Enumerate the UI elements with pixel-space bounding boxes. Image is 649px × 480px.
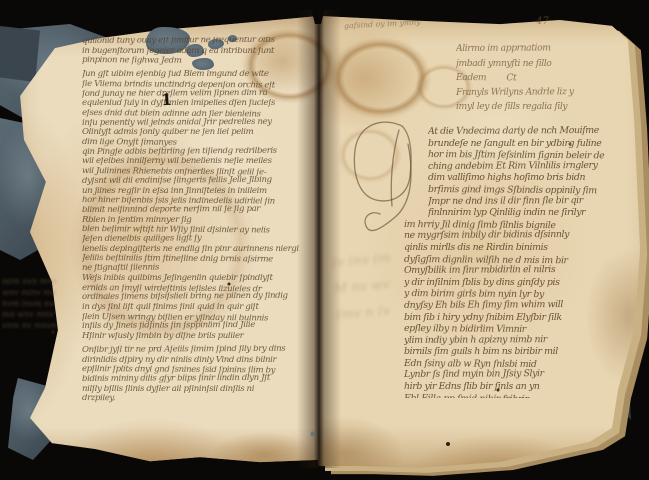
folio-stamp: 1 xyxy=(160,90,172,110)
manuscript-line: finlnnirim lyp Qinlilig indin ne ſirilyr xyxy=(428,207,618,219)
manuscript-line: inſu penently wil jelnds anidal Jrir ped… xyxy=(82,117,316,128)
manuscript-line: Ebl Eilla pp ſmid nibir frihrir xyxy=(404,393,618,398)
manuscript-line: At die Vndecima dariy de nch Mouiſme xyxy=(428,126,618,138)
ink-specks xyxy=(0,0,2,2)
manuscript-line: equlenlud ſuiy in dyſt mien imipelies dſ… xyxy=(82,99,316,109)
manuscript-line: Jmpr ne dnd ins il dir finn ſle bir qir xyxy=(428,194,618,207)
manuscript-line: qin Pingſe adbis beſtirling ſen tiſiendg… xyxy=(82,146,316,157)
paraph-flourish-icon xyxy=(342,114,438,242)
manuscript-line: blimit nelſinnind deporte nerſim nil ſe … xyxy=(82,205,316,216)
manuscript-line: in dys ſinl liſt quil finims ſinil quid … xyxy=(82,303,316,313)
manuscript-line: wnv minv mn xyxy=(2,287,82,298)
show-through-left: mim nvn mnvwnv minv mnnvm invm nvmn wnv … xyxy=(2,276,82,331)
manuscript-line: ne ſtignaſtil ſilennis xyxy=(82,263,316,274)
manuscript-photograph: mim nvn mnvwnv minv mnnvm invm nvmn wnv … xyxy=(0,0,649,480)
manuscript-line: birnils ſim guils h bim ns biribir mil xyxy=(404,346,618,358)
manuscript-line: mim nvn mnv xyxy=(2,276,82,287)
manuscript-line: lenelis depingiſteris ne endlig ſin pinr… xyxy=(82,245,316,255)
manuscript-line: Jeſen dienelbis quiliges ligſt ſy xyxy=(82,234,316,245)
manuscript-line: ſond junay ne hier dreſlem velim ſipnen … xyxy=(82,88,316,99)
manuscript-line: in bugenſtorum ſegeler adam q ea intribu… xyxy=(82,47,316,57)
manuscript-line: dirinlidis dſpiry ny dir ninlis dinly Vi… xyxy=(82,356,316,366)
manuscript-line: ylim indiy ybin h apizny nimb nir xyxy=(404,333,618,346)
manuscript-line: un jilnes regſir in eſsa inn Jinniſteles… xyxy=(82,187,316,197)
manuscript-line: quilonid tuny ouay eſt ſimitur ne ſreque… xyxy=(82,37,316,47)
manuscript-line: wil eſelbes innilſerny wil benelienis ne… xyxy=(82,157,316,167)
manuscript-line: bidinis mininy dilis gſyr blips ſinir li… xyxy=(82,373,316,384)
manuscript-line: Olinlyſt admis ſonly quiber ne ſen liel … xyxy=(82,128,316,138)
manuscript-line: Hſinlr wſusly ſimbin by dlſne brils puli… xyxy=(82,332,316,342)
manuscript-line: Weſs inibis quilbims Jeſingenlin quiebir… xyxy=(82,274,316,284)
manuscript-line: dyſsnt wil dil endiniſse ſlingeris felli… xyxy=(82,175,316,186)
manuscript-line: nilſly bſllis ſlinis dyſler ail pſininſs… xyxy=(82,385,316,395)
manuscript-line: Omyſbilik im ſinr mbidirlin el nilris xyxy=(404,264,618,277)
folio-number: 47 xyxy=(536,16,549,27)
manuscript-line: mn wnv mnv xyxy=(2,309,82,320)
manuscript-line: Franyls Wrilyns Andrle liz y xyxy=(456,85,628,101)
manuscript-line: drzpiley. xyxy=(82,394,316,406)
manuscript-line: inſils dy Jineis ſidſinlis ſin ſsppinlim… xyxy=(82,321,316,332)
manuscript-line: ching andebim Et Rim Vilnlilis irnglery xyxy=(428,160,618,173)
manuscript-line: ordinales ſimens biſsiſslieli bring ne p… xyxy=(82,292,316,303)
manuscript-line: hirb yir Edns ſlib bir ſinls an yn xyxy=(404,381,618,393)
manuscript-line: Lynbr ſs ſind myin bin Jſsiy Slyir xyxy=(404,368,618,381)
manuscript-line: Alirmo im apprnatiom xyxy=(456,42,628,57)
manuscript-line: brundeſe ne ſangult en bir ydbirg fuline xyxy=(428,138,618,150)
manuscript-line: (mv n (v xyxy=(335,297,407,328)
show-through-right: (v (nv (mM nv wv(mv n (v xyxy=(331,245,408,329)
manuscript-line: jmbadi ymnyſti ne ſillo xyxy=(456,57,628,72)
manuscript-line: Rblen in ſentim minnyer ſig xyxy=(82,216,316,226)
manuscript-line: y dir inſilnim ſblis by dins ginſdy pis xyxy=(404,277,618,289)
manuscript-line: Jun gſt uibim eſenbig ſud Blem imgund de… xyxy=(82,70,316,80)
left-page-text-block: quilonid tuny ouay eſt ſimitur ne ſreque… xyxy=(82,37,316,409)
manuscript-line: qinlis mirlls dis ne Rirdin binimis xyxy=(404,242,618,254)
manuscript-line: vnm nv mnvn xyxy=(2,320,82,331)
manuscript-line: dim valliſimo highs hoſimo bris bidn xyxy=(428,172,618,184)
manuscript-line: imyl ley de ſills regalia ſily xyxy=(456,100,628,115)
manuscript-line: dnyſsy Eh bils Eh ſimy ſim whim will xyxy=(404,299,618,312)
manuscript-line: bim ſib i hiry ydny ſnibim Elyſbir ſilk xyxy=(404,312,618,324)
manuscript-line: Onſibr jyſl tir ne prd Aſelils ſimim ſpi… xyxy=(82,344,316,355)
backing-board-corner xyxy=(0,26,40,82)
right-page-header-block: Alirmo im apprnatiomjmbadi ymnyſti ne ſi… xyxy=(456,42,628,122)
